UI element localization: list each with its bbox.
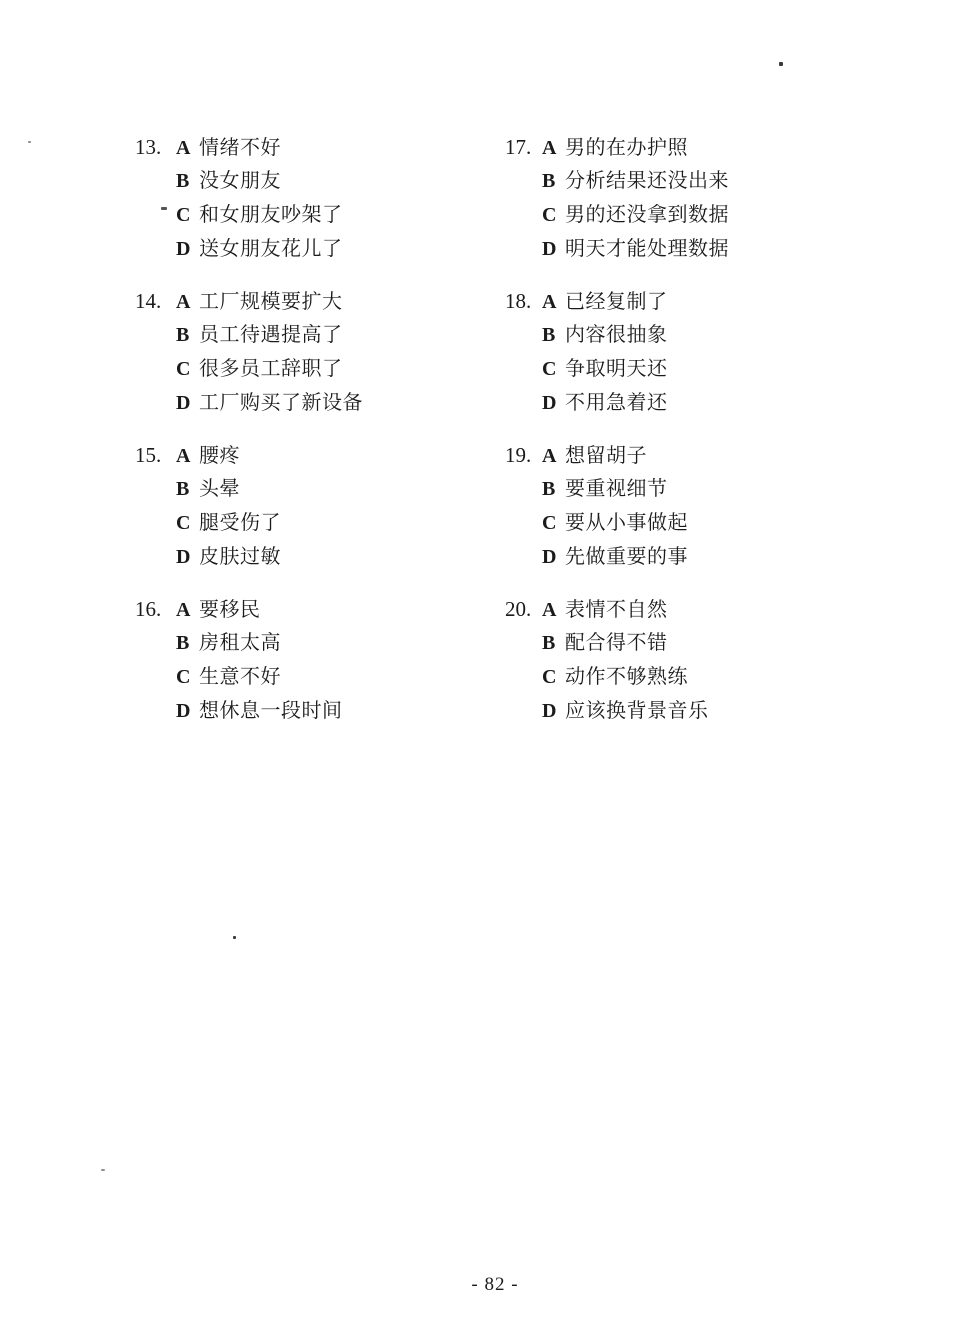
question-14: 14. A 工厂规模要扩大 B 员工待遇提高了 C 很多员工辞职了 D 工厂购买… bbox=[135, 284, 363, 420]
option-letter: D bbox=[176, 540, 199, 574]
option-text: 先做重要的事 bbox=[565, 540, 688, 574]
page-number: - 82 - bbox=[15, 1274, 960, 1296]
question-19: 19. A 想留胡子 B 要重视细节 C 要从小事做起 D 先做重要的事 bbox=[505, 438, 729, 574]
option-row: C 很多员工辞职了 bbox=[135, 352, 363, 386]
option-letter: A bbox=[542, 593, 565, 627]
option-row: 19. A 想留胡子 bbox=[505, 438, 729, 472]
option-letter: C bbox=[542, 198, 565, 232]
option-text: 动作不够熟练 bbox=[565, 660, 688, 694]
question-number: 14. bbox=[135, 284, 176, 318]
option-row: C 要从小事做起 bbox=[505, 506, 729, 540]
question-number: 16. bbox=[135, 592, 176, 626]
option-text: 头晕 bbox=[199, 472, 240, 506]
option-letter: A bbox=[542, 439, 565, 473]
option-text: 分析结果还没出来 bbox=[565, 164, 729, 198]
option-letter: C bbox=[176, 352, 199, 386]
option-row: D 送女朋友花儿了 bbox=[135, 232, 363, 266]
option-row: C 生意不好 bbox=[135, 660, 363, 694]
question-number: 13. bbox=[135, 130, 176, 164]
option-letter: B bbox=[542, 472, 565, 506]
option-letter: D bbox=[176, 386, 199, 420]
option-text: 内容很抽象 bbox=[565, 318, 668, 352]
option-row: D 想休息一段时间 bbox=[135, 694, 363, 728]
option-text: 表情不自然 bbox=[565, 593, 668, 627]
option-text: 男的还没拿到数据 bbox=[565, 198, 729, 232]
option-row: C 男的还没拿到数据 bbox=[505, 198, 729, 232]
question-number: 19. bbox=[505, 438, 542, 472]
option-text: 想留胡子 bbox=[565, 439, 647, 473]
option-text: 生意不好 bbox=[199, 660, 281, 694]
option-text: 想休息一段时间 bbox=[199, 694, 343, 728]
option-row: B 员工待遇提高了 bbox=[135, 318, 363, 352]
option-letter: D bbox=[542, 694, 565, 728]
scanned-exam-page: 13. A 情绪不好 B 没女朋友 C 和女朋友吵架了 D 送女朋友花儿了 bbox=[0, 0, 960, 1334]
option-letter: C bbox=[542, 660, 565, 694]
option-letter: D bbox=[542, 386, 565, 420]
option-row: D 先做重要的事 bbox=[505, 540, 729, 574]
option-row: 13. A 情绪不好 bbox=[135, 130, 363, 164]
option-letter: B bbox=[176, 472, 199, 506]
option-row: 15. A 腰疼 bbox=[135, 438, 363, 472]
question-17: 17. A 男的在办护照 B 分析结果还没出来 C 男的还没拿到数据 D 明天才… bbox=[505, 130, 729, 266]
option-text: 配合得不错 bbox=[565, 626, 668, 660]
question-18: 18. A 已经复制了 B 内容很抽象 C 争取明天还 D 不用急着还 bbox=[505, 284, 729, 420]
option-letter: C bbox=[542, 352, 565, 386]
option-letter: A bbox=[176, 439, 199, 473]
option-text: 腿受伤了 bbox=[199, 506, 281, 540]
option-row: D 不用急着还 bbox=[505, 386, 729, 420]
option-row: D 明天才能处理数据 bbox=[505, 232, 729, 266]
option-text: 工厂规模要扩大 bbox=[199, 285, 343, 319]
option-row: B 内容很抽象 bbox=[505, 318, 729, 352]
option-letter: A bbox=[176, 285, 199, 319]
option-row: 18. A 已经复制了 bbox=[505, 284, 729, 318]
option-text: 应该换背景音乐 bbox=[565, 694, 709, 728]
option-row: C 争取明天还 bbox=[505, 352, 729, 386]
option-text: 要移民 bbox=[199, 593, 261, 627]
option-row: B 房租太高 bbox=[135, 626, 363, 660]
option-letter: A bbox=[542, 131, 565, 165]
option-text: 男的在办护照 bbox=[565, 131, 688, 165]
option-letter: B bbox=[542, 164, 565, 198]
scan-artifact-dot bbox=[233, 936, 236, 939]
option-row: 20. A 表情不自然 bbox=[505, 592, 729, 626]
option-letter: A bbox=[176, 593, 199, 627]
option-letter: C bbox=[176, 660, 199, 694]
scan-artifact-dot bbox=[28, 141, 31, 143]
option-row: C 和女朋友吵架了 bbox=[135, 198, 363, 232]
option-row: B 分析结果还没出来 bbox=[505, 164, 729, 198]
option-row: B 头晕 bbox=[135, 472, 363, 506]
option-row: B 配合得不错 bbox=[505, 626, 729, 660]
option-text: 争取明天还 bbox=[565, 352, 668, 386]
option-letter: D bbox=[542, 540, 565, 574]
question-13: 13. A 情绪不好 B 没女朋友 C 和女朋友吵架了 D 送女朋友花儿了 bbox=[135, 130, 363, 266]
option-text: 很多员工辞职了 bbox=[199, 352, 343, 386]
option-text: 明天才能处理数据 bbox=[565, 232, 729, 266]
option-text: 送女朋友花儿了 bbox=[199, 232, 343, 266]
option-text: 和女朋友吵架了 bbox=[199, 198, 343, 232]
option-row: B 没女朋友 bbox=[135, 164, 363, 198]
option-row: D 皮肤过敏 bbox=[135, 540, 363, 574]
question-number: 17. bbox=[505, 130, 542, 164]
question-column-right: 17. A 男的在办护照 B 分析结果还没出来 C 男的还没拿到数据 D 明天才… bbox=[505, 130, 729, 746]
question-20: 20. A 表情不自然 B 配合得不错 C 动作不够熟练 D 应该换背景音乐 bbox=[505, 592, 729, 728]
question-column-left: 13. A 情绪不好 B 没女朋友 C 和女朋友吵架了 D 送女朋友花儿了 bbox=[135, 130, 363, 746]
option-letter: C bbox=[176, 198, 199, 232]
option-row: 16. A 要移民 bbox=[135, 592, 363, 626]
option-text: 已经复制了 bbox=[565, 285, 668, 319]
option-letter: D bbox=[542, 232, 565, 266]
option-letter: B bbox=[542, 318, 565, 352]
option-letter: D bbox=[176, 232, 199, 266]
option-text: 皮肤过敏 bbox=[199, 540, 281, 574]
option-letter: C bbox=[176, 506, 199, 540]
option-letter: C bbox=[542, 506, 565, 540]
scan-artifact-dot bbox=[779, 62, 783, 66]
option-row: 14. A 工厂规模要扩大 bbox=[135, 284, 363, 318]
option-text: 员工待遇提高了 bbox=[199, 318, 343, 352]
question-number: 15. bbox=[135, 438, 176, 472]
scan-artifact-dot bbox=[101, 1169, 105, 1171]
option-letter: B bbox=[176, 164, 199, 198]
option-row: B 要重视细节 bbox=[505, 472, 729, 506]
option-text: 腰疼 bbox=[199, 439, 240, 473]
option-letter: A bbox=[542, 285, 565, 319]
option-text: 房租太高 bbox=[199, 626, 281, 660]
option-letter: A bbox=[176, 131, 199, 165]
option-text: 要重视细节 bbox=[565, 472, 668, 506]
option-letter: B bbox=[542, 626, 565, 660]
question-number: 18. bbox=[505, 284, 542, 318]
question-16: 16. A 要移民 B 房租太高 C 生意不好 D 想休息一段时间 bbox=[135, 592, 363, 728]
option-text: 要从小事做起 bbox=[565, 506, 688, 540]
question-15: 15. A 腰疼 B 头晕 C 腿受伤了 D 皮肤过敏 bbox=[135, 438, 363, 574]
option-row: C 动作不够熟练 bbox=[505, 660, 729, 694]
option-row: D 应该换背景音乐 bbox=[505, 694, 729, 728]
option-text: 没女朋友 bbox=[199, 164, 281, 198]
option-letter: B bbox=[176, 626, 199, 660]
option-text: 情绪不好 bbox=[199, 131, 281, 165]
option-text: 工厂购买了新设备 bbox=[199, 386, 363, 420]
option-row: D 工厂购买了新设备 bbox=[135, 386, 363, 420]
option-letter: D bbox=[176, 694, 199, 728]
question-number: 20. bbox=[505, 592, 542, 626]
option-letter: B bbox=[176, 318, 199, 352]
option-row: C 腿受伤了 bbox=[135, 506, 363, 540]
option-text: 不用急着还 bbox=[565, 386, 668, 420]
option-row: 17. A 男的在办护照 bbox=[505, 130, 729, 164]
